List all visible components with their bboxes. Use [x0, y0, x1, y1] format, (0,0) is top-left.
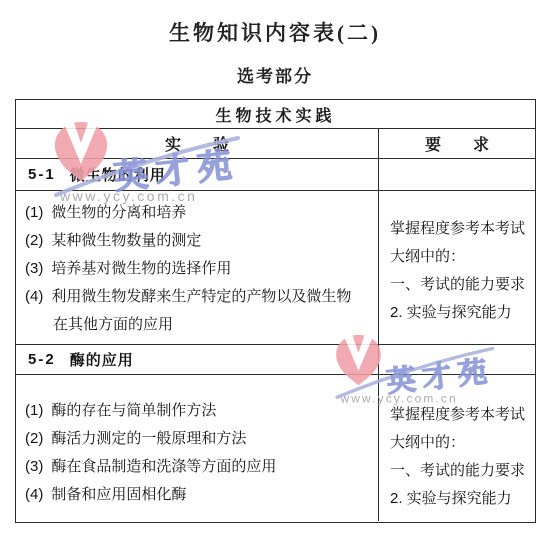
- content-table: 生物技术实践 实 验 要 求 5-1 微生物的利用 (1)微生物的分离和培养 (…: [15, 99, 536, 523]
- table-title-cell: 生物技术实践: [16, 100, 535, 128]
- experiment-item: (4)制备和应用固相化酶: [25, 481, 374, 509]
- section-5-2-title-empty-cell: [378, 344, 535, 374]
- item-text: 酶活力测定的一般原理和方法: [51, 430, 246, 447]
- section-5-1-requirements-cell: 掌握程度参考本考试 大纲中的： 一、考试的能力要求 2. 实验与探究能力: [378, 190, 535, 344]
- section-5-1-items-cell: (1)微生物的分离和培养 (2)某种微生物数量的测定 (3)培养基对微生物的选择…: [16, 190, 378, 344]
- requirement-line: 大纲中的：: [390, 243, 533, 271]
- item-number: (1): [25, 402, 43, 419]
- section-5-2-title-cell: 5-2 酶的应用: [16, 344, 378, 374]
- section-name: 微生物的利用: [70, 164, 166, 185]
- requirement-line: 掌握程度参考本考试: [390, 215, 533, 243]
- requirement-line: 掌握程度参考本考试: [390, 401, 533, 429]
- section-code: 5-1: [28, 166, 56, 183]
- item-number: (4): [25, 288, 43, 305]
- section-5-2-items-cell: (1)酶的存在与简单制作方法 (2)酶活力测定的一般原理和方法 (3)酶在食品制…: [16, 374, 378, 521]
- requirement-line: 一、考试的能力要求: [390, 457, 533, 485]
- requirement-line: 2. 实验与探究能力: [390, 485, 533, 513]
- page-subtitle: 选考部分: [0, 62, 550, 87]
- requirement-line: 2. 实验与探究能力: [390, 299, 533, 327]
- experiment-item: (3)培养基对微生物的选择作用: [25, 255, 374, 283]
- item-text: 酶在食品制造和洗涤等方面的应用: [51, 458, 276, 475]
- document-page: 生物知识内容表(二) 选考部分 生物技术实践 实 验 要 求 5-1 微生物的利…: [0, 0, 550, 534]
- item-text: 某种微生物数量的测定: [51, 232, 201, 249]
- experiment-item: (4)利用微生物发酵来生产特定的产物以及微生物: [25, 283, 374, 311]
- section-5-1-title-empty-cell: [378, 158, 535, 190]
- section-code: 5-2: [28, 351, 56, 368]
- experiment-item: (2)某种微生物数量的测定: [25, 227, 374, 255]
- item-number: (3): [25, 260, 43, 277]
- column-header-experiment: 实 验: [16, 128, 378, 158]
- experiment-item: (1)酶的存在与简单制作方法: [25, 397, 374, 425]
- experiment-item: (3)酶在食品制造和洗涤等方面的应用: [25, 453, 374, 481]
- section-5-2-requirements-cell: 掌握程度参考本考试 大纲中的： 一、考试的能力要求 2. 实验与探究能力: [378, 374, 535, 521]
- experiment-item: (2)酶活力测定的一般原理和方法: [25, 425, 374, 453]
- item-number: (1): [25, 204, 43, 221]
- experiment-item: (1)微生物的分离和培养: [25, 199, 374, 227]
- item-text: 利用微生物发酵来生产特定的产物以及微生物: [51, 288, 351, 305]
- section-name: 酶的应用: [70, 349, 134, 370]
- item-number: (4): [25, 486, 43, 503]
- section-5-1-title-cell: 5-1 微生物的利用: [16, 158, 378, 190]
- item-number: (3): [25, 458, 43, 475]
- requirement-line: 大纲中的：: [390, 429, 533, 457]
- item-number: (2): [25, 430, 43, 447]
- item-text: 培养基对微生物的选择作用: [51, 260, 231, 277]
- item-text: 酶的存在与简单制作方法: [51, 402, 216, 419]
- experiment-item-continuation: 在其他方面的应用: [25, 311, 374, 339]
- item-text: 制备和应用固相化酶: [51, 486, 186, 503]
- requirement-line: 一、考试的能力要求: [390, 271, 533, 299]
- item-text: 微生物的分离和培养: [51, 204, 186, 221]
- column-header-requirement: 要 求: [378, 128, 535, 158]
- page-title: 生物知识内容表(二): [0, 17, 550, 47]
- item-number: (2): [25, 232, 43, 249]
